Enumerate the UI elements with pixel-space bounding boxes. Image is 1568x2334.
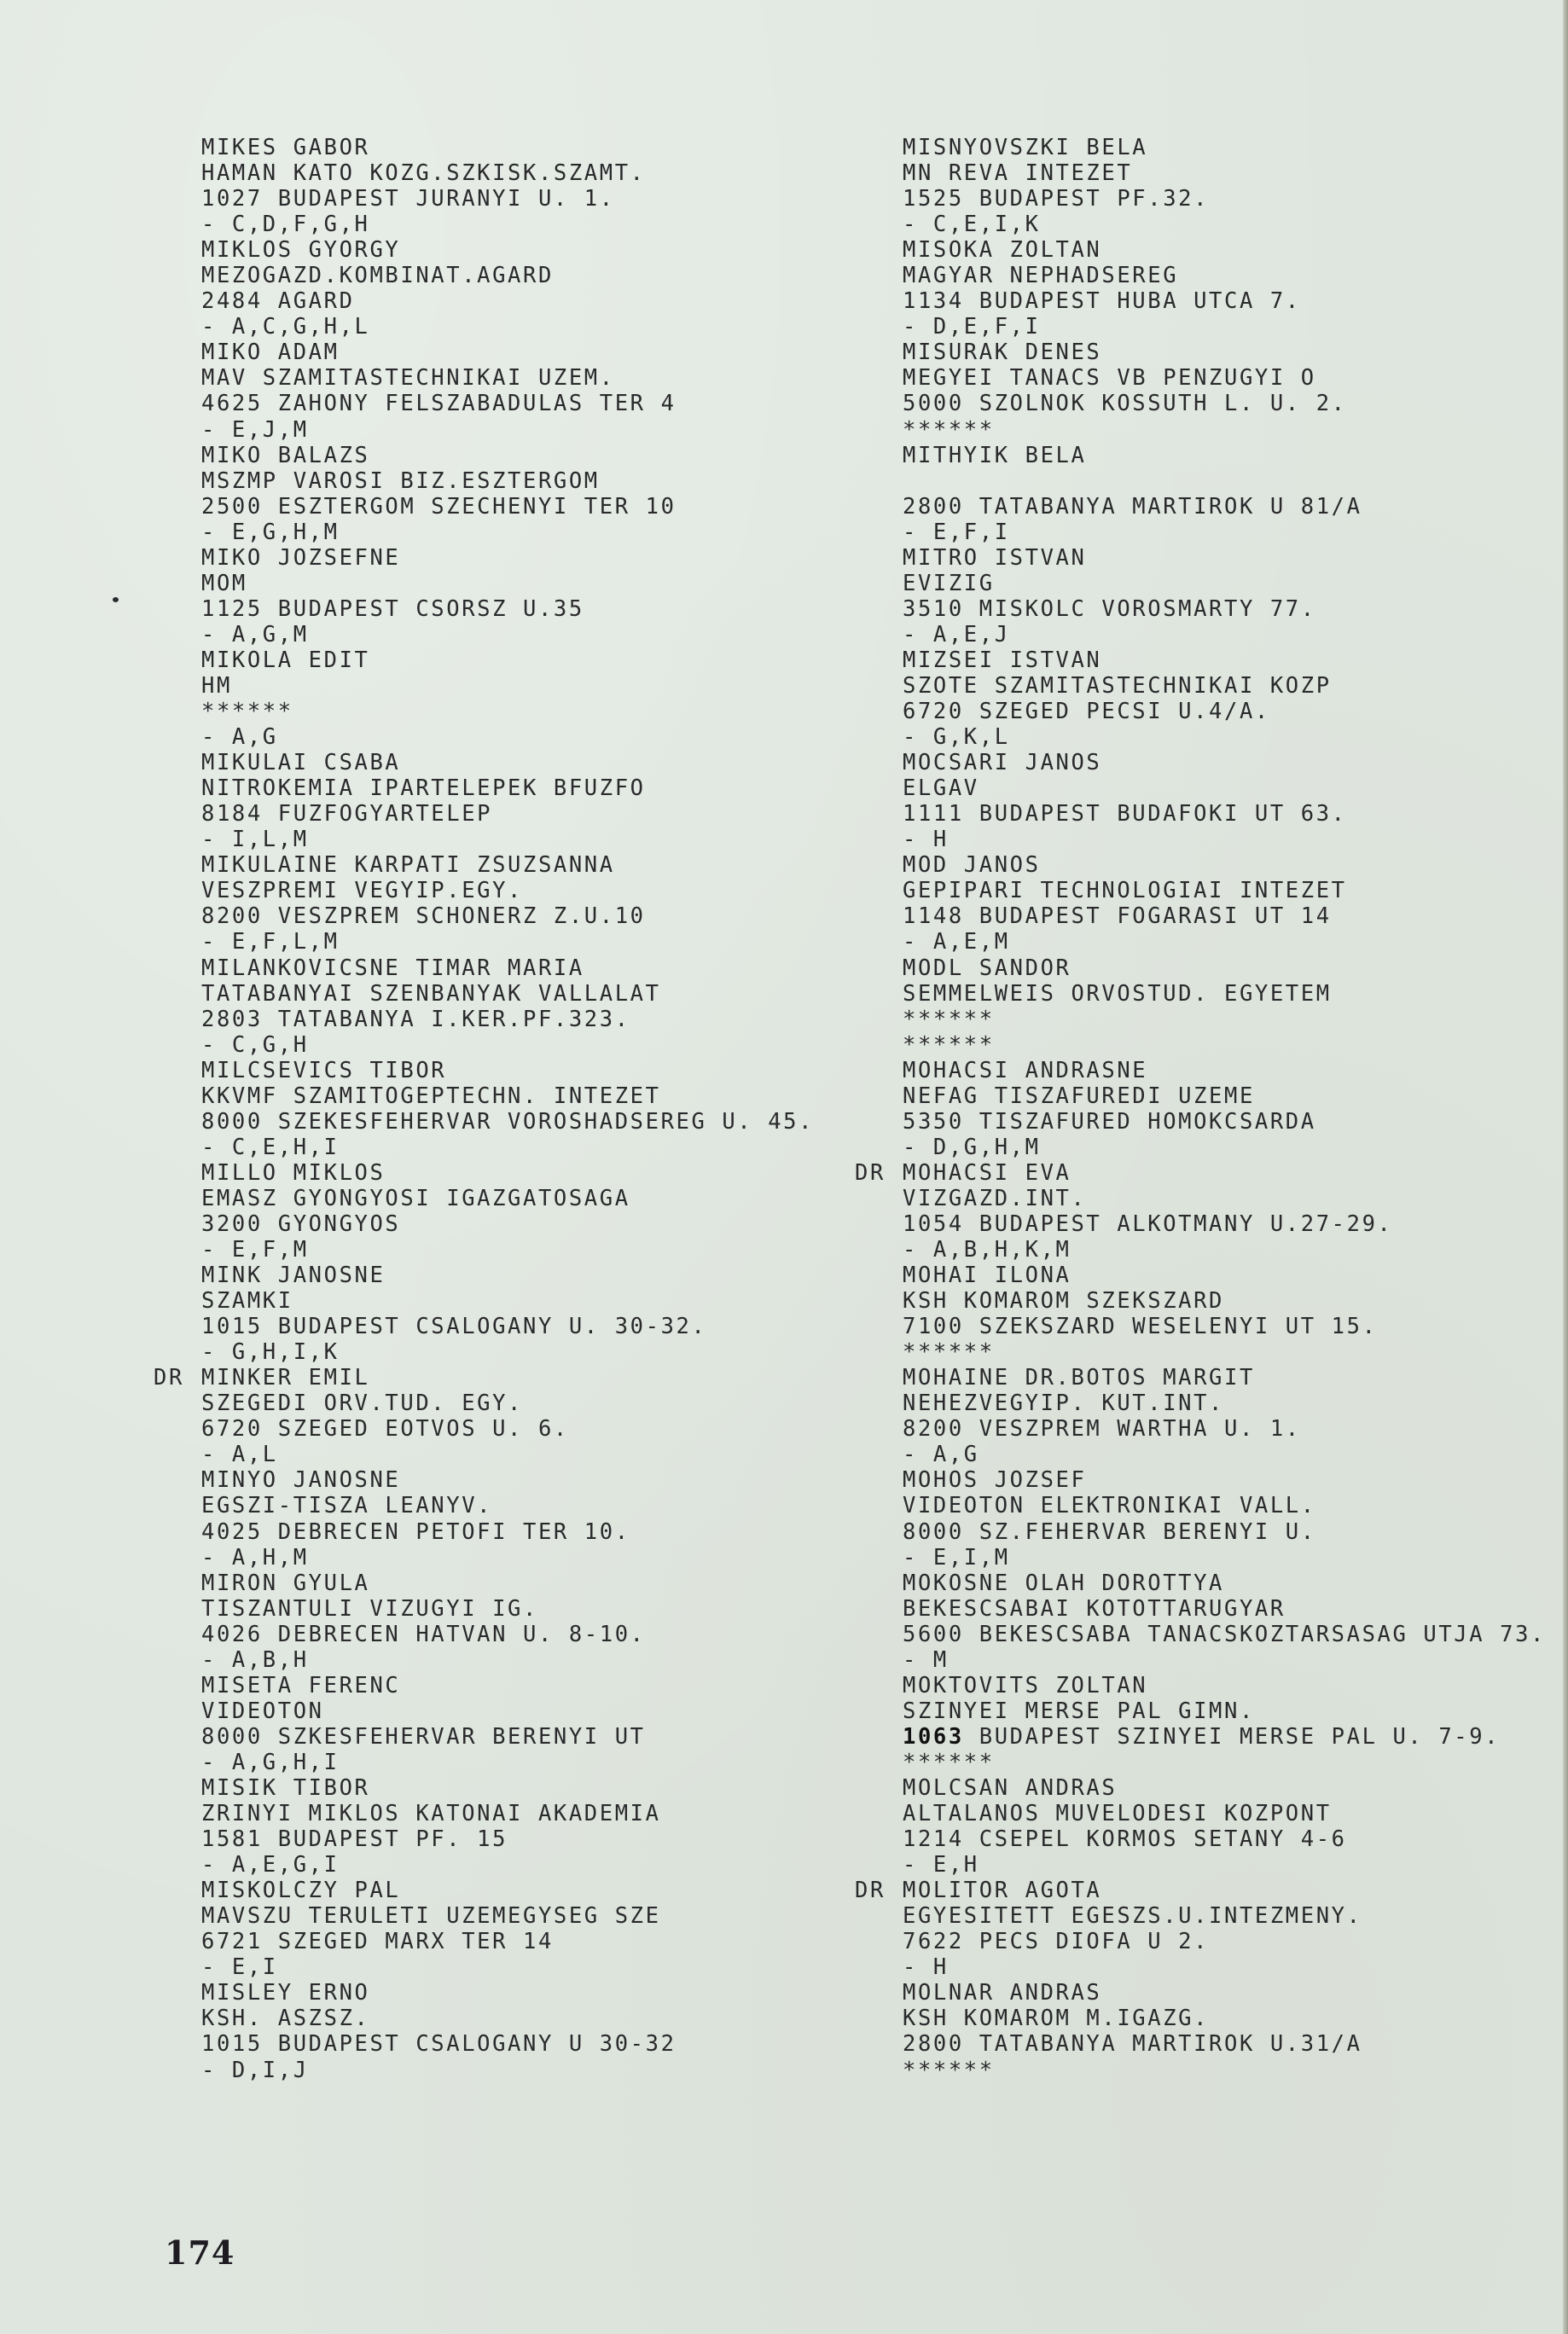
directory-entry: MIKES GABORHAMAN KATO KOZG.SZKISK.SZAMT.… bbox=[154, 135, 814, 237]
entry-codes-text: ****** bbox=[903, 1032, 995, 1058]
entry-organization-text: HM bbox=[201, 673, 232, 699]
entry-name-text: MIKES GABOR bbox=[201, 135, 369, 160]
entry-codes: - A,G,M bbox=[154, 622, 814, 647]
directory-entry: MINK JANOSNESZAMKI1015 BUDAPEST CSALOGAN… bbox=[154, 1263, 814, 1365]
entry-codes-text: - A,H,M bbox=[201, 1545, 309, 1571]
entry-name: MIKO BALAZS bbox=[154, 443, 814, 468]
entry-codes: - H bbox=[855, 827, 1546, 852]
entry-name-text: MILCSEVICS TIBOR bbox=[201, 1058, 446, 1083]
entry-organization-text: TATABANYAI SZENBANYAK VALLALAT bbox=[201, 981, 661, 1007]
entry-organization-text: MN REVA INTEZET bbox=[903, 160, 1132, 186]
entry-codes: ****** bbox=[855, 1339, 1546, 1365]
entry-codes-text: - D,G,H,M bbox=[903, 1135, 1041, 1160]
directory-entry: MITHYIK BELA2800 TATABANYA MARTIROK U 81… bbox=[855, 443, 1546, 545]
entry-codes: - M bbox=[855, 1647, 1546, 1673]
directory-entry: MIKO BALAZSMSZMP VAROSI BIZ.ESZTERGOM250… bbox=[154, 443, 814, 545]
entry-address: 1063 BUDAPEST SZINYEI MERSE PAL U. 7-9. bbox=[855, 1724, 1546, 1750]
entry-codes-text: - D,I,J bbox=[201, 2058, 309, 2083]
entry-address-text: 8200 VESZPREM WARTHA U. 1. bbox=[903, 1416, 1301, 1442]
entry-name: DRMOHACSI EVA bbox=[855, 1160, 1546, 1186]
entry-name: MIRON GYULA bbox=[154, 1571, 814, 1596]
entry-organization: VIZGAZD.INT. bbox=[855, 1186, 1546, 1211]
entry-organization-text: MEZOGAZD.KOMBINAT.AGARD bbox=[201, 263, 554, 288]
directory-entry: MOLNAR ANDRASKSH KOMAROM M.IGAZG.2800 TA… bbox=[855, 1980, 1546, 2082]
entry-codes: - E,F,M bbox=[154, 1237, 814, 1263]
entry-address-text: 5600 BEKESCSABA TANACSKOZTARSASAG UTJA 7… bbox=[903, 1622, 1546, 1647]
entry-name: MOD JANOS bbox=[855, 852, 1546, 878]
entry-address-text: 1015 BUDAPEST CSALOGANY U 30-32 bbox=[201, 2031, 677, 2057]
entry-codes: - A,G bbox=[855, 1442, 1546, 1467]
entry-organization: SEMMELWEIS ORVOSTUD. EGYETEM bbox=[855, 981, 1546, 1007]
entry-name-text: MOD JANOS bbox=[903, 852, 1041, 878]
entry-name-text: MISNYOVSZKI BELA bbox=[903, 135, 1147, 160]
entry-organization: ZRINYI MIKLOS KATONAI AKADEMIA bbox=[154, 1801, 814, 1826]
entry-name-text: MIKLOS GYORGY bbox=[201, 237, 400, 263]
directory-column-right: MISNYOVSZKI BELAMN REVA INTEZET1525 BUDA… bbox=[855, 135, 1546, 2083]
entry-name: MOKOSNE OLAH DOROTTYA bbox=[855, 1571, 1546, 1596]
entry-codes-text: - E,G,H,M bbox=[201, 520, 340, 545]
entry-organization-text: KKVMF SZAMITOGEPTECHN. INTEZET bbox=[201, 1083, 661, 1109]
entry-name-text: MIKULAINE KARPATI ZSUZSANNA bbox=[201, 852, 615, 878]
entry-organization: MOM bbox=[154, 571, 814, 596]
entry-name: MIKULAINE KARPATI ZSUZSANNA bbox=[154, 852, 814, 878]
directory-entry: MILANKOVICSNE TIMAR MARIATATABANYAI SZEN… bbox=[154, 955, 814, 1058]
entry-organization: GEPIPARI TECHNOLOGIAI INTEZET bbox=[855, 878, 1546, 903]
entry-organization bbox=[855, 468, 1546, 494]
entry-name-text: MOHACSI EVA bbox=[903, 1160, 1071, 1186]
entry-codes-text: - G,H,I,K bbox=[201, 1339, 340, 1365]
entry-name: MOHAI ILONA bbox=[855, 1263, 1546, 1288]
entry-address: 7622 PECS DIOFA U 2. bbox=[855, 1929, 1546, 1954]
entry-name: MITHYIK BELA bbox=[855, 443, 1546, 468]
entry-address: 1134 BUDAPEST HUBA UTCA 7. bbox=[855, 288, 1546, 314]
entry-organization: TATABANYAI SZENBANYAK VALLALAT bbox=[154, 981, 814, 1007]
entry-name-text: MOLNAR ANDRAS bbox=[903, 1980, 1101, 2006]
entry-codes-text: - E,J,M bbox=[201, 417, 309, 443]
entry-organization-text: EGYESITETT EGESZS.U.INTEZMENY. bbox=[903, 1903, 1362, 1929]
entry-name: DRMINKER EMIL bbox=[154, 1365, 814, 1391]
entry-codes-text: - A,C,G,H,L bbox=[201, 314, 369, 340]
entry-codes-text: - A,L bbox=[201, 1442, 278, 1467]
entry-address-text: 8000 SZKESFEHERVAR BERENYI UT bbox=[201, 1724, 646, 1750]
entry-address-text: 2803 TATABANYA I.KER.PF.323. bbox=[201, 1007, 630, 1032]
entry-address-text: ****** bbox=[201, 699, 293, 724]
entry-address: 2500 ESZTERGOM SZECHENYI TER 10 bbox=[154, 494, 814, 520]
entry-address: 1148 BUDAPEST FOGARASI UT 14 bbox=[855, 903, 1546, 929]
entry-codes-text: - H bbox=[903, 827, 949, 852]
entry-address-text: 1054 BUDAPEST ALKOTMANY U.27-29. bbox=[903, 1211, 1392, 1237]
entry-name: MIKES GABOR bbox=[154, 135, 814, 160]
entry-codes-text: - E,I,M bbox=[903, 1545, 1010, 1571]
title-prefix: DR bbox=[855, 1878, 903, 1903]
entry-organization-text: ZRINYI MIKLOS KATONAI AKADEMIA bbox=[201, 1801, 661, 1826]
directory-entry: MOD JANOSGEPIPARI TECHNOLOGIAI INTEZET11… bbox=[855, 852, 1546, 955]
entry-address: 4625 ZAHONY FELSZABADULAS TER 4 bbox=[154, 391, 814, 416]
entry-name: MIKULAI CSABA bbox=[154, 750, 814, 775]
entry-codes: - C,E,I,K bbox=[855, 212, 1546, 237]
page-number: 174 bbox=[165, 2233, 235, 2272]
entry-codes: - I,L,M bbox=[154, 827, 814, 852]
entry-codes: - E,F,I bbox=[855, 520, 1546, 545]
directory-entry: MODL SANDORSEMMELWEIS ORVOSTUD. EGYETEM*… bbox=[855, 955, 1546, 1058]
directory-entry: MIKO JOZSEFNEMOM1125 BUDAPEST CSORSZ U.3… bbox=[154, 545, 814, 647]
entry-address-text: ****** bbox=[903, 1007, 995, 1032]
entry-name: MILLO MIKLOS bbox=[154, 1160, 814, 1186]
directory-entry: MOKTOVITS ZOLTANSZINYEI MERSE PAL GIMN.1… bbox=[855, 1673, 1546, 1775]
entry-organization-text: VESZPREMI VEGYIP.EGY. bbox=[201, 878, 523, 903]
entry-organization-text: MAVSZU TERULETI UZEMEGYSEG SZE bbox=[201, 1903, 661, 1929]
entry-codes-text: - E,H bbox=[903, 1852, 979, 1878]
entry-name: MITRO ISTVAN bbox=[855, 545, 1546, 571]
directory-entry: MILCSEVICS TIBORKKVMF SZAMITOGEPTECHN. I… bbox=[154, 1058, 814, 1160]
entry-organization-text: NEFAG TISZAFUREDI UZEME bbox=[903, 1083, 1255, 1109]
entry-address: 6720 SZEGED PECSI U.4/A. bbox=[855, 699, 1546, 724]
directory-entry: MISNYOVSZKI BELAMN REVA INTEZET1525 BUDA… bbox=[855, 135, 1546, 237]
entry-address: 1525 BUDAPEST PF.32. bbox=[855, 186, 1546, 212]
entry-address-text: 4625 ZAHONY FELSZABADULAS TER 4 bbox=[201, 391, 677, 416]
entry-name-text: MOKOSNE OLAH DOROTTYA bbox=[903, 1571, 1224, 1596]
entry-address-text: 6720 SZEGED PECSI U.4/A. bbox=[903, 699, 1270, 724]
page-edge-shadow bbox=[1563, 0, 1568, 2334]
entry-address: 8000 SZKESFEHERVAR BERENYI UT bbox=[154, 1724, 814, 1750]
entry-organization-text: SZAMKI bbox=[201, 1288, 293, 1314]
entry-address-text: 1015 BUDAPEST CSALOGANY U. 30-32. bbox=[201, 1314, 706, 1339]
entry-organization-text: TISZANTULI VIZUGYI IG. bbox=[201, 1596, 538, 1622]
entry-address: 1125 BUDAPEST CSORSZ U.35 bbox=[154, 596, 814, 622]
entry-name: MINYO JANOSNE bbox=[154, 1467, 814, 1493]
directory-entry: MISURAK DENESMEGYEI TANACS VB PENZUGYI O… bbox=[855, 340, 1546, 442]
entry-address: ****** bbox=[154, 699, 814, 724]
entry-name-text: MIZSEI ISTVAN bbox=[903, 647, 1101, 673]
entry-codes: - A,H,M bbox=[154, 1545, 814, 1571]
entry-address-text: 2800 TATABANYA MARTIROK U 81/A bbox=[903, 494, 1362, 520]
entry-name: MINK JANOSNE bbox=[154, 1263, 814, 1288]
directory-entry: DRMINKER EMILSZEGEDI ORV.TUD. EGY.6720 S… bbox=[154, 1365, 814, 1467]
directory-entry: MOLCSAN ANDRASALTALANOS MUVELODESI KOZPO… bbox=[855, 1775, 1546, 1878]
entry-codes: - E,I,M bbox=[855, 1545, 1546, 1571]
entry-organization-text: SZINYEI MERSE PAL GIMN. bbox=[903, 1698, 1255, 1724]
entry-address-text: 1063 BUDAPEST SZINYEI MERSE PAL U. 7-9. bbox=[903, 1724, 1500, 1750]
entry-codes: - H bbox=[855, 1954, 1546, 1980]
entry-address-text: 1125 BUDAPEST CSORSZ U.35 bbox=[201, 596, 584, 622]
entry-name: MISETA FERENC bbox=[154, 1673, 814, 1698]
entry-organization-text: NITROKEMIA IPARTELEPEK BFUZFO bbox=[201, 775, 646, 801]
entry-name-text: MOHAI ILONA bbox=[903, 1263, 1071, 1288]
entry-address: 1015 BUDAPEST CSALOGANY U. 30-32. bbox=[154, 1314, 814, 1339]
entry-organization: MEGYEI TANACS VB PENZUGYI O bbox=[855, 365, 1546, 391]
directory-entry: MINYO JANOSNEEGSZI-TISZA LEANYV.4025 DEB… bbox=[154, 1467, 814, 1570]
entry-codes-text: - D,E,F,I bbox=[903, 314, 1041, 340]
entry-organization: NEFAG TISZAFUREDI UZEME bbox=[855, 1083, 1546, 1109]
entry-organization: EGYESITETT EGESZS.U.INTEZMENY. bbox=[855, 1903, 1546, 1929]
entry-address-text: 3510 MISKOLC VOROSMARTY 77. bbox=[903, 596, 1316, 622]
entry-codes-text: - C,E,H,I bbox=[201, 1135, 340, 1160]
entry-name: MIKOLA EDIT bbox=[154, 647, 814, 673]
entry-name-text: MIKO ADAM bbox=[201, 340, 340, 365]
entry-name: MIZSEI ISTVAN bbox=[855, 647, 1546, 673]
entry-name-text: MINK JANOSNE bbox=[201, 1263, 385, 1288]
entry-address-text: 2500 ESZTERGOM SZECHENYI TER 10 bbox=[201, 494, 677, 520]
title-prefix: DR bbox=[154, 1365, 201, 1391]
entry-organization: EGSZI-TISZA LEANYV. bbox=[154, 1493, 814, 1518]
entry-organization-text: MEGYEI TANACS VB PENZUGYI O bbox=[903, 365, 1316, 391]
entry-organization: ALTALANOS MUVELODESI KOZPONT bbox=[855, 1801, 1546, 1826]
entry-name-text: MITRO ISTVAN bbox=[903, 545, 1086, 571]
entry-name: MOLCSAN ANDRAS bbox=[855, 1775, 1546, 1801]
entry-organization-text: SZOTE SZAMITASTECHNIKAI KOZP bbox=[903, 673, 1332, 699]
entry-address-text: 8000 SZEKESFEHERVAR VOROSHADSEREG U. 45. bbox=[201, 1109, 814, 1135]
entry-codes-text: - C,G,H bbox=[201, 1032, 309, 1058]
entry-name-text: MISLEY ERNO bbox=[201, 1980, 369, 2006]
entry-organization: SZEGEDI ORV.TUD. EGY. bbox=[154, 1391, 814, 1416]
entry-name-text: MOHAINE DR.BOTOS MARGIT bbox=[903, 1365, 1255, 1391]
directory-entry: MOKOSNE OLAH DOROTTYABEKESCSABAI KOTOTTA… bbox=[855, 1571, 1546, 1673]
directory-entry: MIKLOS GYORGYMEZOGAZD.KOMBINAT.AGARD2484… bbox=[154, 237, 814, 340]
entry-address-text: 5000 SZOLNOK KOSSUTH L. U. 2. bbox=[903, 391, 1347, 416]
directory-entry: MOHOS JOZSEFVIDEOTON ELEKTRONIKAI VALL.8… bbox=[855, 1467, 1546, 1570]
entry-name-text: MISETA FERENC bbox=[201, 1673, 400, 1698]
directory-column-left: MIKES GABORHAMAN KATO KOZG.SZKISK.SZAMT.… bbox=[154, 135, 814, 2083]
directory-entry: MIKULAINE KARPATI ZSUZSANNAVESZPREMI VEG… bbox=[154, 852, 814, 955]
entry-name: MOHACSI ANDRASNE bbox=[855, 1058, 1546, 1083]
entry-organization-text: EMASZ GYONGYOSI IGAZGATOSAGA bbox=[201, 1186, 630, 1211]
entry-codes: - C,G,H bbox=[154, 1032, 814, 1058]
entry-organization-text: KSH. ASZSZ. bbox=[201, 2006, 369, 2031]
entry-address: 5000 SZOLNOK KOSSUTH L. U. 2. bbox=[855, 391, 1546, 416]
entry-organization-text: EVIZIG bbox=[903, 571, 995, 596]
entry-codes: - E,I bbox=[154, 1954, 814, 1980]
entry-address: 1027 BUDAPEST JURANYI U. 1. bbox=[154, 186, 814, 212]
entry-organization: VESZPREMI VEGYIP.EGY. bbox=[154, 878, 814, 903]
entry-name-text: MISIK TIBOR bbox=[201, 1775, 369, 1801]
entry-organization: MN REVA INTEZET bbox=[855, 160, 1546, 186]
entry-organization: SZINYEI MERSE PAL GIMN. bbox=[855, 1698, 1546, 1724]
entry-name-text: MOCSARI JANOS bbox=[903, 750, 1101, 775]
entry-name: MISOKA ZOLTAN bbox=[855, 237, 1546, 263]
entry-address: 8000 SZEKESFEHERVAR VOROSHADSEREG U. 45. bbox=[154, 1109, 814, 1135]
entry-address-text: 1134 BUDAPEST HUBA UTCA 7. bbox=[903, 288, 1301, 314]
entry-codes-text: - I,L,M bbox=[201, 827, 309, 852]
entry-address: 1111 BUDAPEST BUDAFOKI UT 63. bbox=[855, 801, 1546, 827]
directory-entry: DRMOHACSI EVAVIZGAZD.INT.1054 BUDAPEST A… bbox=[855, 1160, 1546, 1263]
entry-organization: KSH. ASZSZ. bbox=[154, 2006, 814, 2031]
entry-organization-text: KSH KOMAROM M.IGAZG. bbox=[903, 2006, 1209, 2031]
entry-name-text: MODL SANDOR bbox=[903, 955, 1071, 981]
entry-organization-text: VIZGAZD.INT. bbox=[903, 1186, 1086, 1211]
entry-codes-text: ****** bbox=[903, 417, 995, 443]
entry-address: 1054 BUDAPEST ALKOTMANY U.27-29. bbox=[855, 1211, 1546, 1237]
entry-name-text: MIKOLA EDIT bbox=[201, 647, 369, 673]
entry-codes: - A,E,M bbox=[855, 929, 1546, 955]
entry-name-text: MIKO JOZSEFNE bbox=[201, 545, 400, 571]
entry-address-text: 8000 SZ.FEHERVAR BERENYI U. bbox=[903, 1519, 1316, 1545]
entry-address-text: 1581 BUDAPEST PF. 15 bbox=[201, 1826, 508, 1852]
entry-codes: ****** bbox=[855, 2058, 1546, 2083]
entry-codes: ****** bbox=[855, 417, 1546, 443]
entry-organization: ELGAV bbox=[855, 775, 1546, 801]
entry-name: MIKLOS GYORGY bbox=[154, 237, 814, 263]
entry-name: MOCSARI JANOS bbox=[855, 750, 1546, 775]
entry-organization: HAMAN KATO KOZG.SZKISK.SZAMT. bbox=[154, 160, 814, 186]
entry-codes-text: ****** bbox=[903, 1339, 995, 1365]
entry-organization: KKVMF SZAMITOGEPTECHN. INTEZET bbox=[154, 1083, 814, 1109]
entry-organization: MAV SZAMITASTECHNIKAI UZEM. bbox=[154, 365, 814, 391]
entry-codes-text: - E,F,I bbox=[903, 520, 1010, 545]
entry-codes-text: - E,I bbox=[201, 1954, 278, 1980]
directory-entry: MIKOLA EDITHM******- A,G bbox=[154, 647, 814, 750]
entry-name: MODL SANDOR bbox=[855, 955, 1546, 981]
entry-organization: HM bbox=[154, 673, 814, 699]
entry-address: 3510 MISKOLC VOROSMARTY 77. bbox=[855, 596, 1546, 622]
entry-address: 8200 VESZPREM SCHONERZ Z.U.10 bbox=[154, 903, 814, 929]
entry-address-text: 6721 SZEGED MARX TER 14 bbox=[201, 1929, 554, 1954]
directory-entry: MOHAI ILONAKSH KOMAROM SZEKSZARD7100 SZE… bbox=[855, 1263, 1546, 1365]
entry-organization: VIDEOTON ELEKTRONIKAI VALL. bbox=[855, 1493, 1546, 1518]
entry-codes: - A,C,G,H,L bbox=[154, 314, 814, 340]
entry-address-text: 8200 VESZPREM SCHONERZ Z.U.10 bbox=[201, 903, 646, 929]
entry-codes: - E,H bbox=[855, 1852, 1546, 1878]
directory-entry: MIKULAI CSABANITROKEMIA IPARTELEPEK BFUZ… bbox=[154, 750, 814, 852]
entry-codes: - E,G,H,M bbox=[154, 520, 814, 545]
entry-address-text: 1027 BUDAPEST JURANYI U. 1. bbox=[201, 186, 615, 212]
entry-name: MILCSEVICS TIBOR bbox=[154, 1058, 814, 1083]
entry-address: 2484 AGARD bbox=[154, 288, 814, 314]
entry-codes: - E,F,L,M bbox=[154, 929, 814, 955]
entry-codes: - D,E,F,I bbox=[855, 314, 1546, 340]
directory-entry: MISOKA ZOLTANMAGYAR NEPHADSEREG1134 BUDA… bbox=[855, 237, 1546, 340]
entry-address-text: 4026 DEBRECEN HATVAN U. 8-10. bbox=[201, 1622, 646, 1647]
directory-entry: MISIK TIBORZRINYI MIKLOS KATONAI AKADEMI… bbox=[154, 1775, 814, 1878]
entry-organization: MSZMP VAROSI BIZ.ESZTERGOM bbox=[154, 468, 814, 494]
entry-name-text: MISURAK DENES bbox=[903, 340, 1101, 365]
entry-codes-text: - C,D,F,G,H bbox=[201, 212, 369, 237]
entry-name-text: MILLO MIKLOS bbox=[201, 1160, 385, 1186]
entry-address: 4026 DEBRECEN HATVAN U. 8-10. bbox=[154, 1622, 814, 1647]
entry-address-text: 8184 FUZFOGYARTELEP bbox=[201, 801, 492, 827]
entry-address: 8184 FUZFOGYARTELEP bbox=[154, 801, 814, 827]
entry-address-text: 3200 GYONGYOS bbox=[201, 1211, 400, 1237]
entry-name-text: MOKTOVITS ZOLTAN bbox=[903, 1673, 1147, 1698]
entry-codes: - G,K,L bbox=[855, 724, 1546, 750]
entry-name: MISNYOVSZKI BELA bbox=[855, 135, 1546, 160]
entry-address-text: 1525 BUDAPEST PF.32. bbox=[903, 186, 1209, 212]
entry-organization: TISZANTULI VIZUGYI IG. bbox=[154, 1596, 814, 1622]
directory-entry: MIZSEI ISTVANSZOTE SZAMITASTECHNIKAI KOZ… bbox=[855, 647, 1546, 750]
directory-entry: DRMOLITOR AGOTAEGYESITETT EGESZS.U.INTEZ… bbox=[855, 1878, 1546, 1980]
entry-codes-text: - C,E,I,K bbox=[903, 212, 1041, 237]
entry-address-text: 7100 SZEKSZARD WESELENYI UT 15. bbox=[903, 1314, 1378, 1339]
entry-address-text: 4025 DEBRECEN PETOFI TER 10. bbox=[201, 1519, 630, 1545]
entry-address: 1214 CSEPEL KORMOS SETANY 4-6 bbox=[855, 1826, 1546, 1852]
entry-organization-text: MAGYAR NEPHADSEREG bbox=[903, 263, 1178, 288]
entry-codes-text: ****** bbox=[903, 1750, 995, 1775]
entry-organization: MEZOGAZD.KOMBINAT.AGARD bbox=[154, 263, 814, 288]
entry-name-text: MIKO BALAZS bbox=[201, 443, 369, 468]
entry-name-text: MOHACSI ANDRASNE bbox=[903, 1058, 1147, 1083]
entry-organization: MAGYAR NEPHADSEREG bbox=[855, 263, 1546, 288]
entry-organization-text: MSZMP VAROSI BIZ.ESZTERGOM bbox=[201, 468, 600, 494]
entry-codes-text: - E,F,M bbox=[201, 1237, 309, 1263]
entry-organization: BEKESCSABAI KOTOTTARUGYAR bbox=[855, 1596, 1546, 1622]
entry-organization-text: VIDEOTON bbox=[201, 1698, 324, 1724]
entry-codes-text: - G,K,L bbox=[903, 724, 1010, 750]
entry-codes-text: - A,G,M bbox=[201, 622, 309, 647]
entry-organization: EVIZIG bbox=[855, 571, 1546, 596]
entry-address: 6721 SZEGED MARX TER 14 bbox=[154, 1929, 814, 1954]
overstruck-postal-code: 1063 bbox=[903, 1724, 964, 1750]
entry-codes: - A,G,H,I bbox=[154, 1750, 814, 1775]
entry-address: 8000 SZ.FEHERVAR BERENYI U. bbox=[855, 1519, 1546, 1545]
entry-address-text: 7622 PECS DIOFA U 2. bbox=[903, 1929, 1209, 1954]
entry-codes: - C,D,F,G,H bbox=[154, 212, 814, 237]
entry-name-text: MOHOS JOZSEF bbox=[903, 1467, 1086, 1493]
entry-codes-text: - A,G bbox=[903, 1442, 979, 1467]
entry-organization: SZOTE SZAMITASTECHNIKAI KOZP bbox=[855, 673, 1546, 699]
entry-address: 2800 TATABANYA MARTIROK U 81/A bbox=[855, 494, 1546, 520]
entry-organization-text: SZEGEDI ORV.TUD. EGY. bbox=[201, 1391, 523, 1416]
entry-codes-text: - A,G,H,I bbox=[201, 1750, 340, 1775]
directory-entry: MISETA FERENCVIDEOTON8000 SZKESFEHERVAR … bbox=[154, 1673, 814, 1775]
entry-address: 5350 TISZAFURED HOMOKCSARDA bbox=[855, 1109, 1546, 1135]
directory-entry: MITRO ISTVANEVIZIG3510 MISKOLC VOROSMART… bbox=[855, 545, 1546, 647]
entry-codes: - E,J,M bbox=[154, 417, 814, 443]
entry-name-text: MITHYIK BELA bbox=[903, 443, 1086, 468]
entry-codes: - A,L bbox=[154, 1442, 814, 1467]
directory-entry: MILLO MIKLOSEMASZ GYONGYOSI IGAZGATOSAGA… bbox=[154, 1160, 814, 1263]
entry-name: MIKO JOZSEFNE bbox=[154, 545, 814, 571]
entry-name-text: MOLITOR AGOTA bbox=[903, 1878, 1101, 1903]
entry-address: 2800 TATABANYA MARTIROK U.31/A bbox=[855, 2031, 1546, 2057]
entry-organization: MAVSZU TERULETI UZEMEGYSEG SZE bbox=[154, 1903, 814, 1929]
entry-name: MILANKOVICSNE TIMAR MARIA bbox=[154, 955, 814, 981]
entry-organization-text: NEHEZVEGYIP. KUT.INT. bbox=[903, 1391, 1224, 1416]
entry-codes: - C,E,H,I bbox=[154, 1135, 814, 1160]
entry-codes-text: - A,G bbox=[201, 724, 278, 750]
entry-address: 4025 DEBRECEN PETOFI TER 10. bbox=[154, 1519, 814, 1545]
entry-name: MISURAK DENES bbox=[855, 340, 1546, 365]
entry-name: MISKOLCZY PAL bbox=[154, 1878, 814, 1903]
entry-name-text: MIRON GYULA bbox=[201, 1571, 369, 1596]
entry-codes: - A,G bbox=[154, 724, 814, 750]
entry-organization-text: ELGAV bbox=[903, 775, 979, 801]
entry-name-text: MISOKA ZOLTAN bbox=[903, 237, 1101, 263]
entry-organization: KSH KOMAROM M.IGAZG. bbox=[855, 2006, 1546, 2031]
entry-name: MOKTOVITS ZOLTAN bbox=[855, 1673, 1546, 1698]
directory-entry: MOHACSI ANDRASNENEFAG TISZAFUREDI UZEME5… bbox=[855, 1058, 1546, 1160]
entry-name-text: MINYO JANOSNE bbox=[201, 1467, 400, 1493]
entry-codes-text: - A,E,J bbox=[903, 622, 1010, 647]
entry-codes: - A,E,G,I bbox=[154, 1852, 814, 1878]
entry-organization-text: KSH KOMAROM SZEKSZARD bbox=[903, 1288, 1224, 1314]
entry-codes: - A,B,H,K,M bbox=[855, 1237, 1546, 1263]
entry-name: MISIK TIBOR bbox=[154, 1775, 814, 1801]
entry-codes-text: ****** bbox=[903, 2058, 995, 2083]
entry-address-text: 1111 BUDAPEST BUDAFOKI UT 63. bbox=[903, 801, 1347, 827]
entry-address: 5600 BEKESCSABA TANACSKOZTARSASAG UTJA 7… bbox=[855, 1622, 1546, 1647]
entry-organization-text: HAMAN KATO KOZG.SZKISK.SZAMT. bbox=[201, 160, 646, 186]
entry-name: MOLNAR ANDRAS bbox=[855, 1980, 1546, 2006]
entry-name-text: MISKOLCZY PAL bbox=[201, 1878, 400, 1903]
entry-address-text: 2484 AGARD bbox=[201, 288, 355, 314]
paper-speck bbox=[113, 597, 119, 602]
entry-organization: VIDEOTON bbox=[154, 1698, 814, 1724]
entry-codes-text: - H bbox=[903, 1954, 949, 1980]
entry-name: MISLEY ERNO bbox=[154, 1980, 814, 2006]
entry-codes-text: - M bbox=[903, 1647, 949, 1673]
entry-address-text: 1214 CSEPEL KORMOS SETANY 4-6 bbox=[903, 1826, 1347, 1852]
entry-address: 1015 BUDAPEST CSALOGANY U 30-32 bbox=[154, 2031, 814, 2057]
directory-entry: MIRON GYULATISZANTULI VIZUGYI IG.4026 DE… bbox=[154, 1571, 814, 1673]
